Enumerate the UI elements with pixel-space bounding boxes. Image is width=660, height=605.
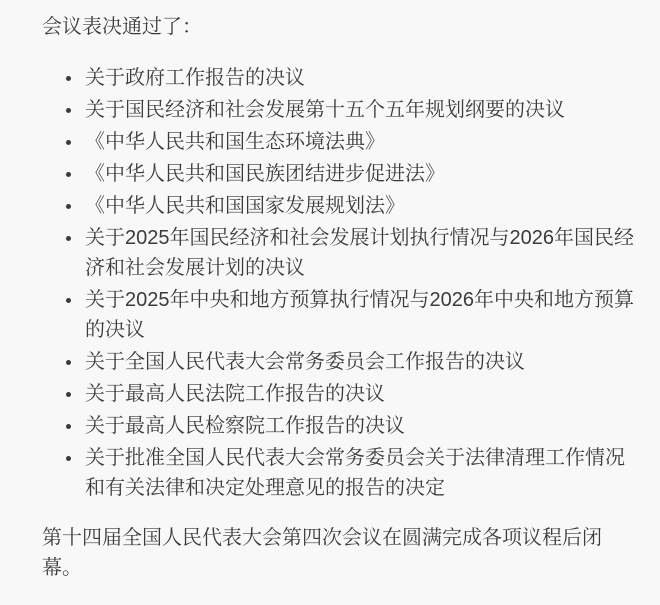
resolutions-list: 关于政府工作报告的决议 关于国民经济和社会发展第十五个五年规划纲要的决议 《中华… (42, 63, 637, 503)
list-item: 《中华人民共和国生态环境法典》 (85, 127, 637, 157)
list-item: 关于全国人民代表大会常务委员会工作报告的决议 (85, 347, 637, 377)
list-item: 关于政府工作报告的决议 (85, 63, 637, 93)
list-item: 关于国民经济和社会发展第十五个五年规划纲要的决议 (85, 95, 637, 125)
closing-paragraph: 第十四届全国人民代表大会第四次会议在圆满完成各项议程后闭幕。 (42, 523, 637, 583)
list-item: 《中华人民共和国国家发展规划法》 (85, 191, 637, 221)
list-item: 关于2025年国民经济和社会发展计划执行情况与2026年国民经济和社会发展计划的… (85, 223, 637, 283)
list-item: 关于最高人民检察院工作报告的决议 (85, 411, 637, 441)
list-item: 关于批准全国人民代表大会常务委员会关于法律清理工作情况和有关法律和决定处理意见的… (85, 443, 637, 503)
list-item: 关于2025年中央和地方预算执行情况与2026年中央和地方预算的决议 (85, 285, 637, 345)
document: 会议表决通过了： 关于政府工作报告的决议 关于国民经济和社会发展第十五个五年规划… (42, 12, 637, 583)
list-item: 《中华人民共和国民族团结进步促进法》 (85, 159, 637, 189)
intro-paragraph: 会议表决通过了： (42, 12, 637, 42)
list-item: 关于最高人民法院工作报告的决议 (85, 379, 637, 409)
